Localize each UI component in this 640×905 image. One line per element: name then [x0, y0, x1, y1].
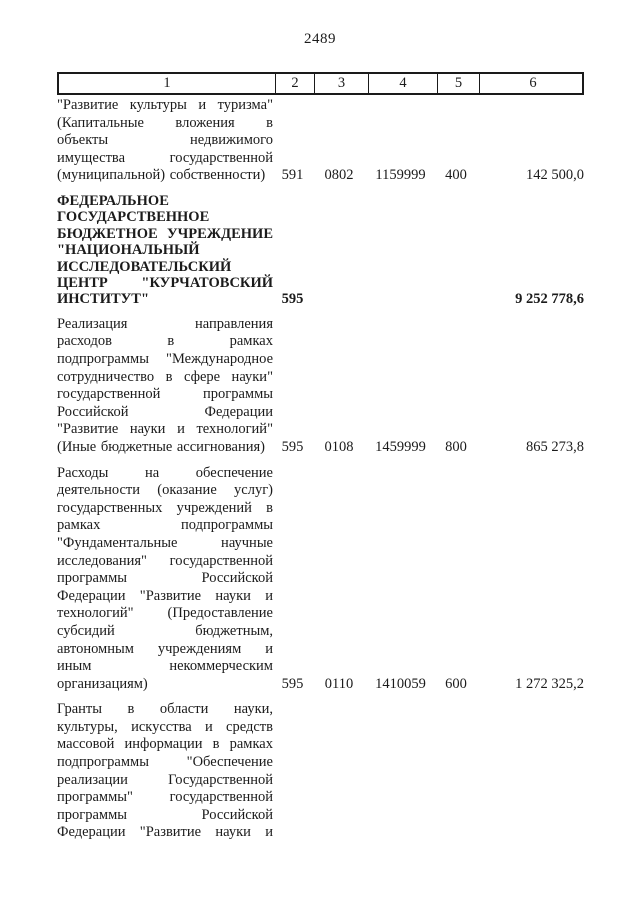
- text-line: Федерации "Развитие науки и: [57, 824, 273, 842]
- cell-col5: 600: [435, 676, 477, 694]
- text-line: технологий" (Предоставление: [57, 605, 273, 623]
- cell-col2: 591: [273, 167, 312, 185]
- page-number: 2489: [0, 0, 640, 48]
- text-line: расходов в рамках: [57, 333, 273, 351]
- text-line: массовой информации в рамках: [57, 736, 273, 754]
- text-line: Российской Федерации: [57, 404, 273, 422]
- text-line: Расходы на обеспечение: [57, 465, 273, 483]
- text-line: Реализация направления: [57, 316, 273, 334]
- cell-col4: 1159999: [366, 167, 435, 185]
- cell-col4: 1410059: [366, 676, 435, 694]
- cell-col3: 0802: [312, 167, 366, 185]
- cell-col4: 1459999: [366, 439, 435, 457]
- text-line: "Фундаментальные научные: [57, 535, 273, 553]
- page: 2489 1 2 3 4 5 6 "Развитие культуры и ту…: [0, 0, 640, 905]
- text-line: объекты недвижимого: [57, 132, 273, 150]
- text-line: программы" государственной: [57, 789, 273, 807]
- text-line: ФЕДЕРАЛЬНОЕ: [57, 193, 273, 209]
- header-col-5: 5: [437, 74, 479, 93]
- cell-col6: 865 273,8: [477, 439, 584, 457]
- table-row: Гранты в области науки,культуры, искусст…: [57, 701, 584, 842]
- text-line: государственной программы: [57, 386, 273, 404]
- text-line: деятельности (оказание услуг): [57, 482, 273, 500]
- text-line: иным некоммерческим: [57, 658, 273, 676]
- text-line: рамках подпрограммы: [57, 517, 273, 535]
- budget-table: 1 2 3 4 5 6 "Развитие культуры и туризма…: [57, 72, 584, 842]
- cell-col2: 595: [273, 439, 312, 457]
- table-row: "Развитие культуры и туризма"(Капитальны…: [57, 97, 584, 185]
- table-row: Расходы на обеспечениедеятельности (оказ…: [57, 465, 584, 694]
- text-line: культуры, искусства и средств: [57, 719, 273, 737]
- text-line: ИНСТИТУТ": [57, 291, 273, 307]
- header-col-2: 2: [275, 74, 314, 93]
- text-line: государственных учреждений в: [57, 500, 273, 518]
- text-line: программы Российской: [57, 570, 273, 588]
- text-line: Федерации "Развитие науки и: [57, 588, 273, 606]
- text-line: подпрограммы "Обеспечение: [57, 754, 273, 772]
- text-line: ГОСУДАРСТВЕННОЕ: [57, 209, 273, 225]
- text-line: Гранты в области науки,: [57, 701, 273, 719]
- header-col-1: 1: [59, 74, 275, 93]
- text-line: сотрудничество в сфере науки": [57, 369, 273, 387]
- text-line: автономным учреждениям и: [57, 641, 273, 659]
- table-row: Реализация направлениярасходов в рамкахп…: [57, 316, 584, 457]
- text-line: программы Российской: [57, 807, 273, 825]
- text-line: ИССЛЕДОВАТЕЛЬСКИЙ: [57, 259, 273, 275]
- text-line: подпрограммы "Международное: [57, 351, 273, 369]
- cell-col6: 142 500,0: [477, 167, 584, 185]
- header-col-3: 3: [314, 74, 368, 93]
- text-line: (Иные бюджетные ассигнования): [57, 439, 273, 457]
- text-line: имущества государственной: [57, 150, 273, 168]
- header-col-4: 4: [368, 74, 437, 93]
- cell-col5: 400: [435, 167, 477, 185]
- text-line: "Развитие науки и технологий": [57, 421, 273, 439]
- text-line: реализации Государственной: [57, 772, 273, 790]
- row-text: ФЕДЕРАЛЬНОЕГОСУДАРСТВЕННОЕБЮДЖЕТНОЕ УЧРЕ…: [57, 193, 273, 308]
- document-body: { "page": { "number": "2489" }, "table":…: [0, 0, 640, 905]
- text-line: ЦЕНТР "КУРЧАТОВСКИЙ: [57, 275, 273, 291]
- table-header-row: 1 2 3 4 5 6: [57, 72, 584, 95]
- cell-col2: 595: [273, 676, 312, 694]
- text-line: БЮДЖЕТНОЕ УЧРЕЖДЕНИЕ: [57, 226, 273, 242]
- text-line: (муниципальной) собственности): [57, 167, 273, 185]
- cell-col5: 800: [435, 439, 477, 457]
- text-line: "Развитие культуры и туризма": [57, 97, 273, 115]
- table-body: "Развитие культуры и туризма"(Капитальны…: [57, 97, 584, 842]
- cell-col6: 9 252 778,6: [477, 291, 584, 307]
- row-text: Гранты в области науки,культуры, искусст…: [57, 701, 273, 842]
- row-text: "Развитие культуры и туризма"(Капитальны…: [57, 97, 273, 185]
- cell-col6: 1 272 325,2: [477, 676, 584, 694]
- header-col-6: 6: [479, 74, 586, 93]
- text-line: (Капитальные вложения в: [57, 115, 273, 133]
- cell-col3: 0108: [312, 439, 366, 457]
- table-row: ФЕДЕРАЛЬНОЕГОСУДАРСТВЕННОЕБЮДЖЕТНОЕ УЧРЕ…: [57, 193, 584, 308]
- text-line: "НАЦИОНАЛЬНЫЙ: [57, 242, 273, 258]
- text-line: исследования" государственной: [57, 553, 273, 571]
- text-line: субсидий бюджетным,: [57, 623, 273, 641]
- cell-col3: 0110: [312, 676, 366, 694]
- row-text: Расходы на обеспечениедеятельности (оказ…: [57, 465, 273, 694]
- text-line: организациям): [57, 676, 273, 694]
- row-text: Реализация направлениярасходов в рамкахп…: [57, 316, 273, 457]
- cell-col2: 595: [273, 291, 312, 307]
